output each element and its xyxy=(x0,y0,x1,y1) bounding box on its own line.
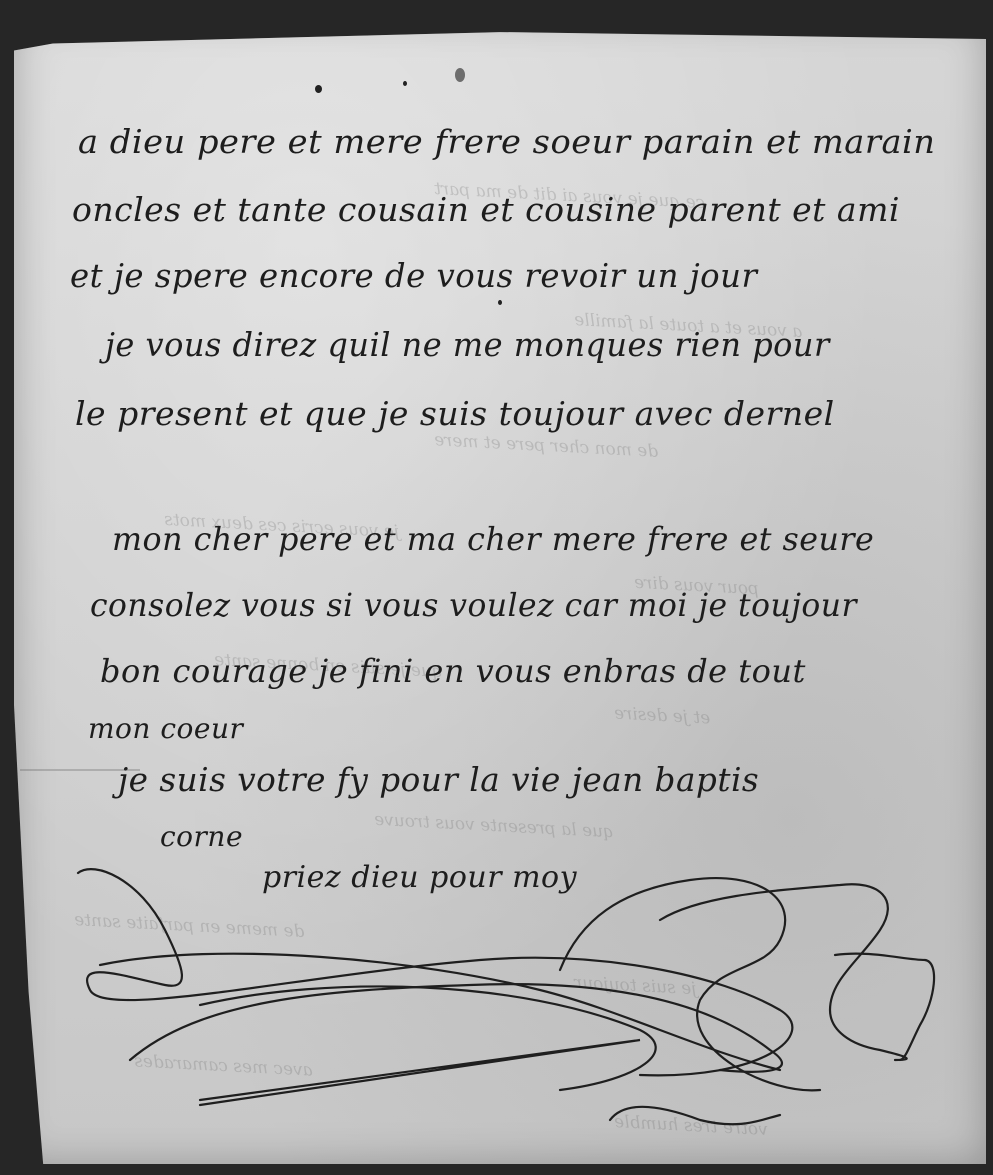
letter-line-7: consolez vous si vous voulez car moi je … xyxy=(90,586,857,624)
postscript: priez dieu pour moy xyxy=(262,860,577,895)
signature-surname: corne xyxy=(160,820,243,853)
letter-line-5: le present et que je suis toujour avec d… xyxy=(75,394,835,433)
letter-line-4: je vous direz quil ne me monques rien po… xyxy=(105,325,830,364)
letter-line-3: et je spere encore de vous revoir un jou… xyxy=(70,256,757,295)
ink-spot xyxy=(315,85,322,93)
ink-spot xyxy=(498,300,502,305)
letter-line-10: je suis votre fy pour la vie jean baptis xyxy=(118,760,759,799)
letter-line-6: mon cher pere et ma cher mere frere et s… xyxy=(112,520,874,558)
letter-line-8: bon courage je fini en vous enbras de to… xyxy=(100,652,806,690)
letter-line-9: mon coeur xyxy=(88,712,243,745)
ink-spot xyxy=(403,81,407,86)
letter-line-2: oncles et tante cousain et cousine paren… xyxy=(72,190,900,229)
ink-spot xyxy=(455,68,465,82)
letter-line-1: a dieu pere et mere frere soeur parain e… xyxy=(78,122,935,161)
